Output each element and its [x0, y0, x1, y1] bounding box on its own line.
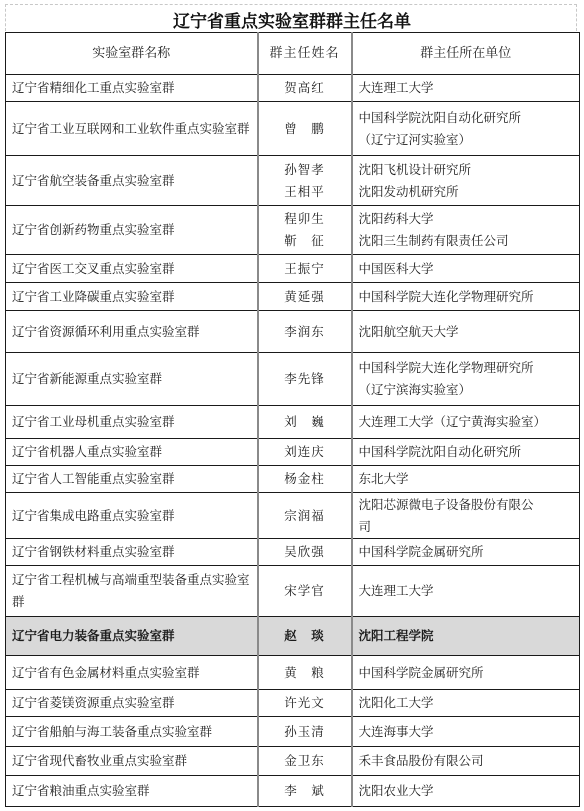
table-row: 辽宁省工业互联网和工业软件重点实验室群曾 鹏中国科学院沈阳自动化研究所（辽宁辽河… — [6, 102, 580, 156]
director-unit-line: （辽宁滨海实验室） — [359, 379, 574, 401]
lab-group-name: 辽宁省创新药物重点实验室群 — [6, 206, 258, 255]
director-name: 程卯生靳 征 — [258, 206, 352, 255]
lab-group-name: 辽宁省工业母机重点实验室群 — [6, 406, 258, 439]
director-unit: 中国科学院大连化学物理研究所 — [352, 283, 580, 311]
lab-group-name: 辽宁省有色金属材料重点实验室群 — [6, 656, 258, 690]
column-header-lab-group: 实验室群名称 — [6, 33, 258, 75]
lab-group-name: 辽宁省工业降碳重点实验室群 — [6, 283, 258, 311]
director-name-line: 程卯生 — [265, 208, 345, 230]
director-unit-line: 沈阳芯源微电子设备股份有限公 — [359, 494, 574, 516]
director-unit: 中国科学院金属研究所 — [352, 539, 580, 566]
director-name: 许光文 — [258, 690, 352, 717]
director-name-line: 黄延强 — [265, 286, 345, 308]
lab-group-name: 辽宁省工业互联网和工业软件重点实验室群 — [6, 102, 258, 156]
table-row: 辽宁省工业降碳重点实验室群黄延强中国科学院大连化学物理研究所 — [6, 283, 580, 311]
table-row: 辽宁省精细化工重点实验室群贺高红大连理工大学 — [6, 75, 580, 102]
director-unit-line: 沈阳飞机设计研究所 — [359, 159, 574, 181]
director-name-line: 刘连庆 — [265, 441, 345, 463]
director-unit: 中国科学院沈阳自动化研究所 — [352, 439, 580, 466]
director-unit-line: 禾丰食品股份有限公司 — [359, 750, 574, 772]
table-row: 辽宁省钢铁材料重点实验室群吴欣强中国科学院金属研究所 — [6, 539, 580, 566]
director-name-line: 黄 粮 — [265, 662, 345, 684]
director-unit-line: 大连理工大学 — [359, 77, 574, 99]
director-name: 黄延强 — [258, 283, 352, 311]
director-unit-line: 沈阳三生制药有限责任公司 — [359, 230, 574, 252]
director-unit-line: 大连理工大学 — [359, 580, 574, 602]
director-unit: 中国科学院沈阳自动化研究所（辽宁辽河实验室） — [352, 102, 580, 156]
director-unit: 中国医科大学 — [352, 255, 580, 283]
director-name: 李 斌 — [258, 776, 352, 807]
director-name: 王振宁 — [258, 255, 352, 283]
lab-group-name: 辽宁省电力装备重点实验室群 — [6, 617, 258, 656]
director-name: 黄 粮 — [258, 656, 352, 690]
lab-group-name: 辽宁省航空装备重点实验室群 — [6, 156, 258, 206]
director-name: 刘连庆 — [258, 439, 352, 466]
table-row: 辽宁省人工智能重点实验室群杨金柱东北大学 — [6, 466, 580, 493]
director-unit-line: 司 — [359, 516, 574, 538]
director-name-line: 李润东 — [265, 321, 345, 343]
lab-group-name: 辽宁省船舶与海工装备重点实验室群 — [6, 717, 258, 747]
director-name: 刘 巍 — [258, 406, 352, 439]
header-row: 实验室群名称 群主任姓名 群主任所在单位 — [6, 33, 580, 75]
table-row: 辽宁省电力装备重点实验室群赵 琰沈阳工程学院 — [6, 617, 580, 656]
lab-group-name: 辽宁省精细化工重点实验室群 — [6, 75, 258, 102]
director-unit-line: 中国科学院金属研究所 — [359, 541, 574, 563]
director-name: 李润东 — [258, 311, 352, 353]
director-unit: 大连海事大学 — [352, 717, 580, 747]
director-name-line: 李 斌 — [265, 780, 345, 802]
director-name-line: 宋学官 — [265, 580, 345, 602]
director-name: 吴欣强 — [258, 539, 352, 566]
lab-group-name: 辽宁省机器人重点实验室群 — [6, 439, 258, 466]
director-unit-line: 沈阳农业大学 — [359, 780, 574, 802]
director-unit: 大连理工大学（辽宁黄海实验室） — [352, 406, 580, 439]
director-name: 李先锋 — [258, 353, 352, 406]
director-unit: 沈阳飞机设计研究所沈阳发动机研究所 — [352, 156, 580, 206]
director-name-line: 孙智孝 — [265, 159, 345, 181]
director-unit: 大连理工大学 — [352, 566, 580, 617]
table-row: 辽宁省粮油重点实验室群李 斌沈阳农业大学 — [6, 776, 580, 807]
director-unit: 沈阳航空航天大学 — [352, 311, 580, 353]
director-name-line: 李先锋 — [265, 368, 345, 390]
director-name: 孙玉清 — [258, 717, 352, 747]
director-unit-line: 沈阳工程学院 — [359, 625, 574, 647]
director-name: 金卫东 — [258, 747, 352, 776]
director-unit: 中国科学院大连化学物理研究所（辽宁滨海实验室） — [352, 353, 580, 406]
page-title: 辽宁省重点实验室群群主任名单 — [0, 7, 584, 32]
table-row: 辽宁省工程机械与高端重型装备重点实验室群宋学官大连理工大学 — [6, 566, 580, 617]
director-unit-line: 中国科学院大连化学物理研究所 — [359, 357, 574, 379]
table-row: 辽宁省医工交叉重点实验室群王振宁中国医科大学 — [6, 255, 580, 283]
director-name-line: 王相平 — [265, 181, 345, 203]
director-unit: 沈阳农业大学 — [352, 776, 580, 807]
director-name-line: 曾 鹏 — [265, 118, 345, 140]
table-row: 辽宁省机器人重点实验室群刘连庆中国科学院沈阳自动化研究所 — [6, 439, 580, 466]
director-unit-line: 沈阳航空航天大学 — [359, 321, 574, 343]
director-name-line: 贺高红 — [265, 77, 345, 99]
table-row: 辽宁省创新药物重点实验室群程卯生靳 征沈阳药科大学沈阳三生制药有限责任公司 — [6, 206, 580, 255]
table-row: 辽宁省现代畜牧业重点实验室群金卫东禾丰食品股份有限公司 — [6, 747, 580, 776]
column-header-director: 群主任姓名 — [258, 33, 352, 75]
table-row: 辽宁省船舶与海工装备重点实验室群孙玉清大连海事大学 — [6, 717, 580, 747]
director-unit-line: 东北大学 — [359, 468, 574, 490]
table-row: 辽宁省航空装备重点实验室群孙智孝王相平沈阳飞机设计研究所沈阳发动机研究所 — [6, 156, 580, 206]
director-name: 曾 鹏 — [258, 102, 352, 156]
lab-group-name: 辽宁省钢铁材料重点实验室群 — [6, 539, 258, 566]
director-unit: 沈阳药科大学沈阳三生制药有限责任公司 — [352, 206, 580, 255]
director-name: 孙智孝王相平 — [258, 156, 352, 206]
lab-group-name: 辽宁省现代畜牧业重点实验室群 — [6, 747, 258, 776]
director-unit-line: 沈阳药科大学 — [359, 208, 574, 230]
lab-group-name: 辽宁省新能源重点实验室群 — [6, 353, 258, 406]
director-unit-line: 中国科学院沈阳自动化研究所 — [359, 107, 574, 129]
director-unit-line: （辽宁辽河实验室） — [359, 129, 574, 151]
table-row: 辽宁省菱镁资源重点实验室群许光文沈阳化工大学 — [6, 690, 580, 717]
director-name-line: 金卫东 — [265, 750, 345, 772]
director-unit: 禾丰食品股份有限公司 — [352, 747, 580, 776]
director-unit-line: 大连理工大学（辽宁黄海实验室） — [359, 411, 574, 433]
director-unit: 中国科学院金属研究所 — [352, 656, 580, 690]
director-unit-line: 中国科学院沈阳自动化研究所 — [359, 441, 574, 463]
director-unit: 东北大学 — [352, 466, 580, 493]
director-unit-line: 中国科学院大连化学物理研究所 — [359, 286, 574, 308]
director-unit-line: 中国医科大学 — [359, 258, 574, 280]
table-row: 辽宁省新能源重点实验室群李先锋中国科学院大连化学物理研究所（辽宁滨海实验室） — [6, 353, 580, 406]
director-name: 贺高红 — [258, 75, 352, 102]
director-name: 杨金柱 — [258, 466, 352, 493]
director-name-line: 孙玉清 — [265, 721, 345, 743]
director-name-line: 王振宁 — [265, 258, 345, 280]
director-name-line: 宗润福 — [265, 505, 345, 527]
director-table: 实验室群名称 群主任姓名 群主任所在单位 辽宁省精细化工重点实验室群贺高红大连理… — [5, 32, 580, 807]
director-unit-line: 中国科学院金属研究所 — [359, 662, 574, 684]
lab-group-name: 辽宁省集成电路重点实验室群 — [6, 493, 258, 539]
director-name-line: 靳 征 — [265, 230, 345, 252]
director-name-line: 刘 巍 — [265, 411, 345, 433]
lab-group-name: 辽宁省医工交叉重点实验室群 — [6, 255, 258, 283]
column-header-unit: 群主任所在单位 — [352, 33, 580, 75]
table-row: 辽宁省有色金属材料重点实验室群黄 粮中国科学院金属研究所 — [6, 656, 580, 690]
director-name-line: 赵 琰 — [265, 625, 345, 647]
lab-group-name: 辽宁省人工智能重点实验室群 — [6, 466, 258, 493]
director-name: 宗润福 — [258, 493, 352, 539]
director-unit: 大连理工大学 — [352, 75, 580, 102]
lab-group-name: 辽宁省粮油重点实验室群 — [6, 776, 258, 807]
director-name-line: 杨金柱 — [265, 468, 345, 490]
table-row: 辽宁省资源循环利用重点实验室群李润东沈阳航空航天大学 — [6, 311, 580, 353]
lab-group-name: 辽宁省资源循环利用重点实验室群 — [6, 311, 258, 353]
director-unit-line: 大连海事大学 — [359, 721, 574, 743]
director-name-line: 许光文 — [265, 692, 345, 714]
director-unit-line: 沈阳化工大学 — [359, 692, 574, 714]
director-name: 宋学官 — [258, 566, 352, 617]
director-unit-line: 沈阳发动机研究所 — [359, 181, 574, 203]
director-unit: 沈阳工程学院 — [352, 617, 580, 656]
director-name-line: 吴欣强 — [265, 541, 345, 563]
table-row: 辽宁省集成电路重点实验室群宗润福沈阳芯源微电子设备股份有限公司 — [6, 493, 580, 539]
director-name: 赵 琰 — [258, 617, 352, 656]
table-row: 辽宁省工业母机重点实验室群刘 巍大连理工大学（辽宁黄海实验室） — [6, 406, 580, 439]
lab-group-name: 辽宁省菱镁资源重点实验室群 — [6, 690, 258, 717]
lab-group-name: 辽宁省工程机械与高端重型装备重点实验室群 — [6, 566, 258, 617]
director-unit: 沈阳芯源微电子设备股份有限公司 — [352, 493, 580, 539]
director-unit: 沈阳化工大学 — [352, 690, 580, 717]
